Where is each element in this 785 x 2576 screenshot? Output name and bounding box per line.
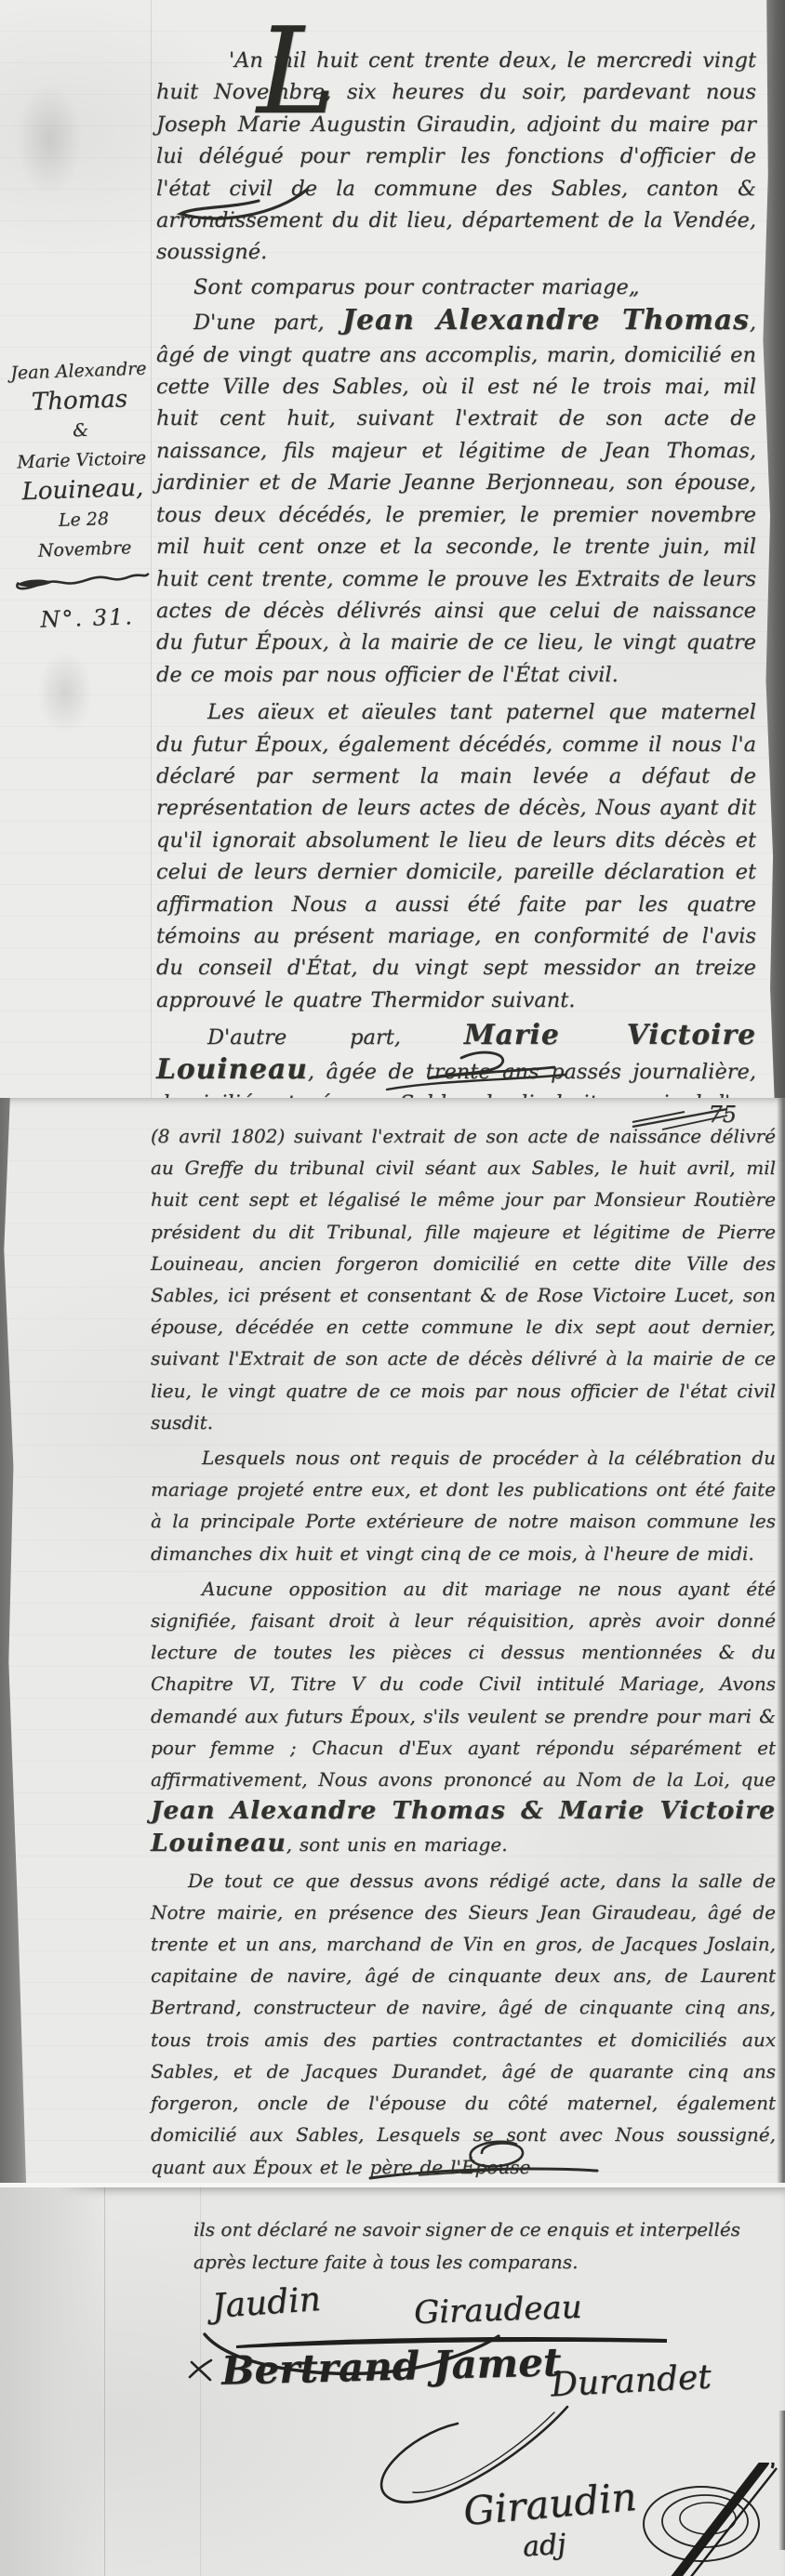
ink-smudge <box>17 84 82 195</box>
paper-fold-line <box>104 2187 105 2576</box>
opening-paragraph: L 'An mil huit cent trente deux, le merc… <box>156 45 756 269</box>
margin-date: Le 28 Novembre <box>13 502 154 566</box>
act-number: N°. 31. <box>17 601 157 635</box>
signature-giraudeau: Giraudeau <box>413 2289 582 2332</box>
register-page-3-signatures: ils ont déclaré ne savoir signer de ce e… <box>0 2183 785 2576</box>
page1-text-block: L 'An mil huit cent trente deux, le merc… <box>156 45 756 1152</box>
page2-text-block: (8 avril 1802) suivant l'extrait de son … <box>151 1120 776 2183</box>
register-page-2: 75 (8 avril 1802) suivant l'extrait de s… <box>0 1098 785 2183</box>
margin-groom-firstnames: Jean Alexandre <box>8 353 149 388</box>
margin-flourish <box>12 563 153 592</box>
groom-intro: D'une part, <box>193 310 342 335</box>
groom-name: Jean Alexandre Thomas <box>342 304 750 337</box>
scan-edge-right <box>777 1098 785 2183</box>
bride-intro: D'autre part, <box>207 1025 464 1050</box>
witnesses-paragraph: De tout ce que dessus avons rédigé acte,… <box>151 1865 776 2183</box>
margin-annotation: Jean Alexandre Thomas & Marie Victoire L… <box>8 353 157 635</box>
comparution-line: Sont comparus pour contracter mariage„ <box>156 271 756 303</box>
giraudin-paraph-flourish <box>625 2463 785 2576</box>
margin-groom-surname: Thomas <box>9 383 150 417</box>
signature-giraudin-title: adj <box>522 2528 567 2563</box>
margin-ampersand: & <box>10 413 151 447</box>
union-before: Aucune opposition au dit mariage ne nous… <box>151 1578 776 1790</box>
ink-smudge <box>37 651 93 734</box>
signature-giraudin-officer: Giraudin <box>461 2474 638 2534</box>
union-after: , sont unis en mariage. <box>286 1833 508 1856</box>
margin-bride-surname: Louineau, <box>12 472 153 507</box>
bride-continuation-paragraph: (8 avril 1802) suivant l'extrait de son … <box>151 1120 776 1438</box>
grandparents-paragraph: Les aïeux et aïeules tant paternel que m… <box>156 696 756 1016</box>
scanned-marriage-record: Jean Alexandre Thomas & Marie Victoire L… <box>0 0 785 2576</box>
folio-number-text: 75 <box>708 1102 737 1128</box>
groom-details: , âgé de vingt quatre ans accomplis, mar… <box>156 310 756 686</box>
signature-jaudin: Jaudin <box>211 2280 322 2326</box>
ornate-initial-L: L <box>184 13 336 132</box>
register-page-1: Jean Alexandre Thomas & Marie Victoire L… <box>0 0 785 1098</box>
signature-durandet: Durandet <box>550 2358 712 2405</box>
groom-paragraph: D'une part, Jean Alexandre Thomas, âgé d… <box>156 305 756 691</box>
binding-edge-left <box>0 1098 33 2183</box>
requisition-paragraph: Lesquels nous ont requis de procéder à l… <box>151 1442 776 1569</box>
scan-margin-left <box>0 2187 104 2576</box>
scan-edge-right <box>778 2411 785 2550</box>
margin-bride-firstnames: Marie Victoire <box>11 443 152 477</box>
union-pronouncement-paragraph: Aucune opposition au dit mariage ne nous… <box>151 1573 776 1861</box>
signature-bertrand-jamet: Bertrand Jamet <box>220 2339 561 2394</box>
closing-statement: ils ont déclaré ne savoir signer de ce e… <box>193 2213 779 2279</box>
